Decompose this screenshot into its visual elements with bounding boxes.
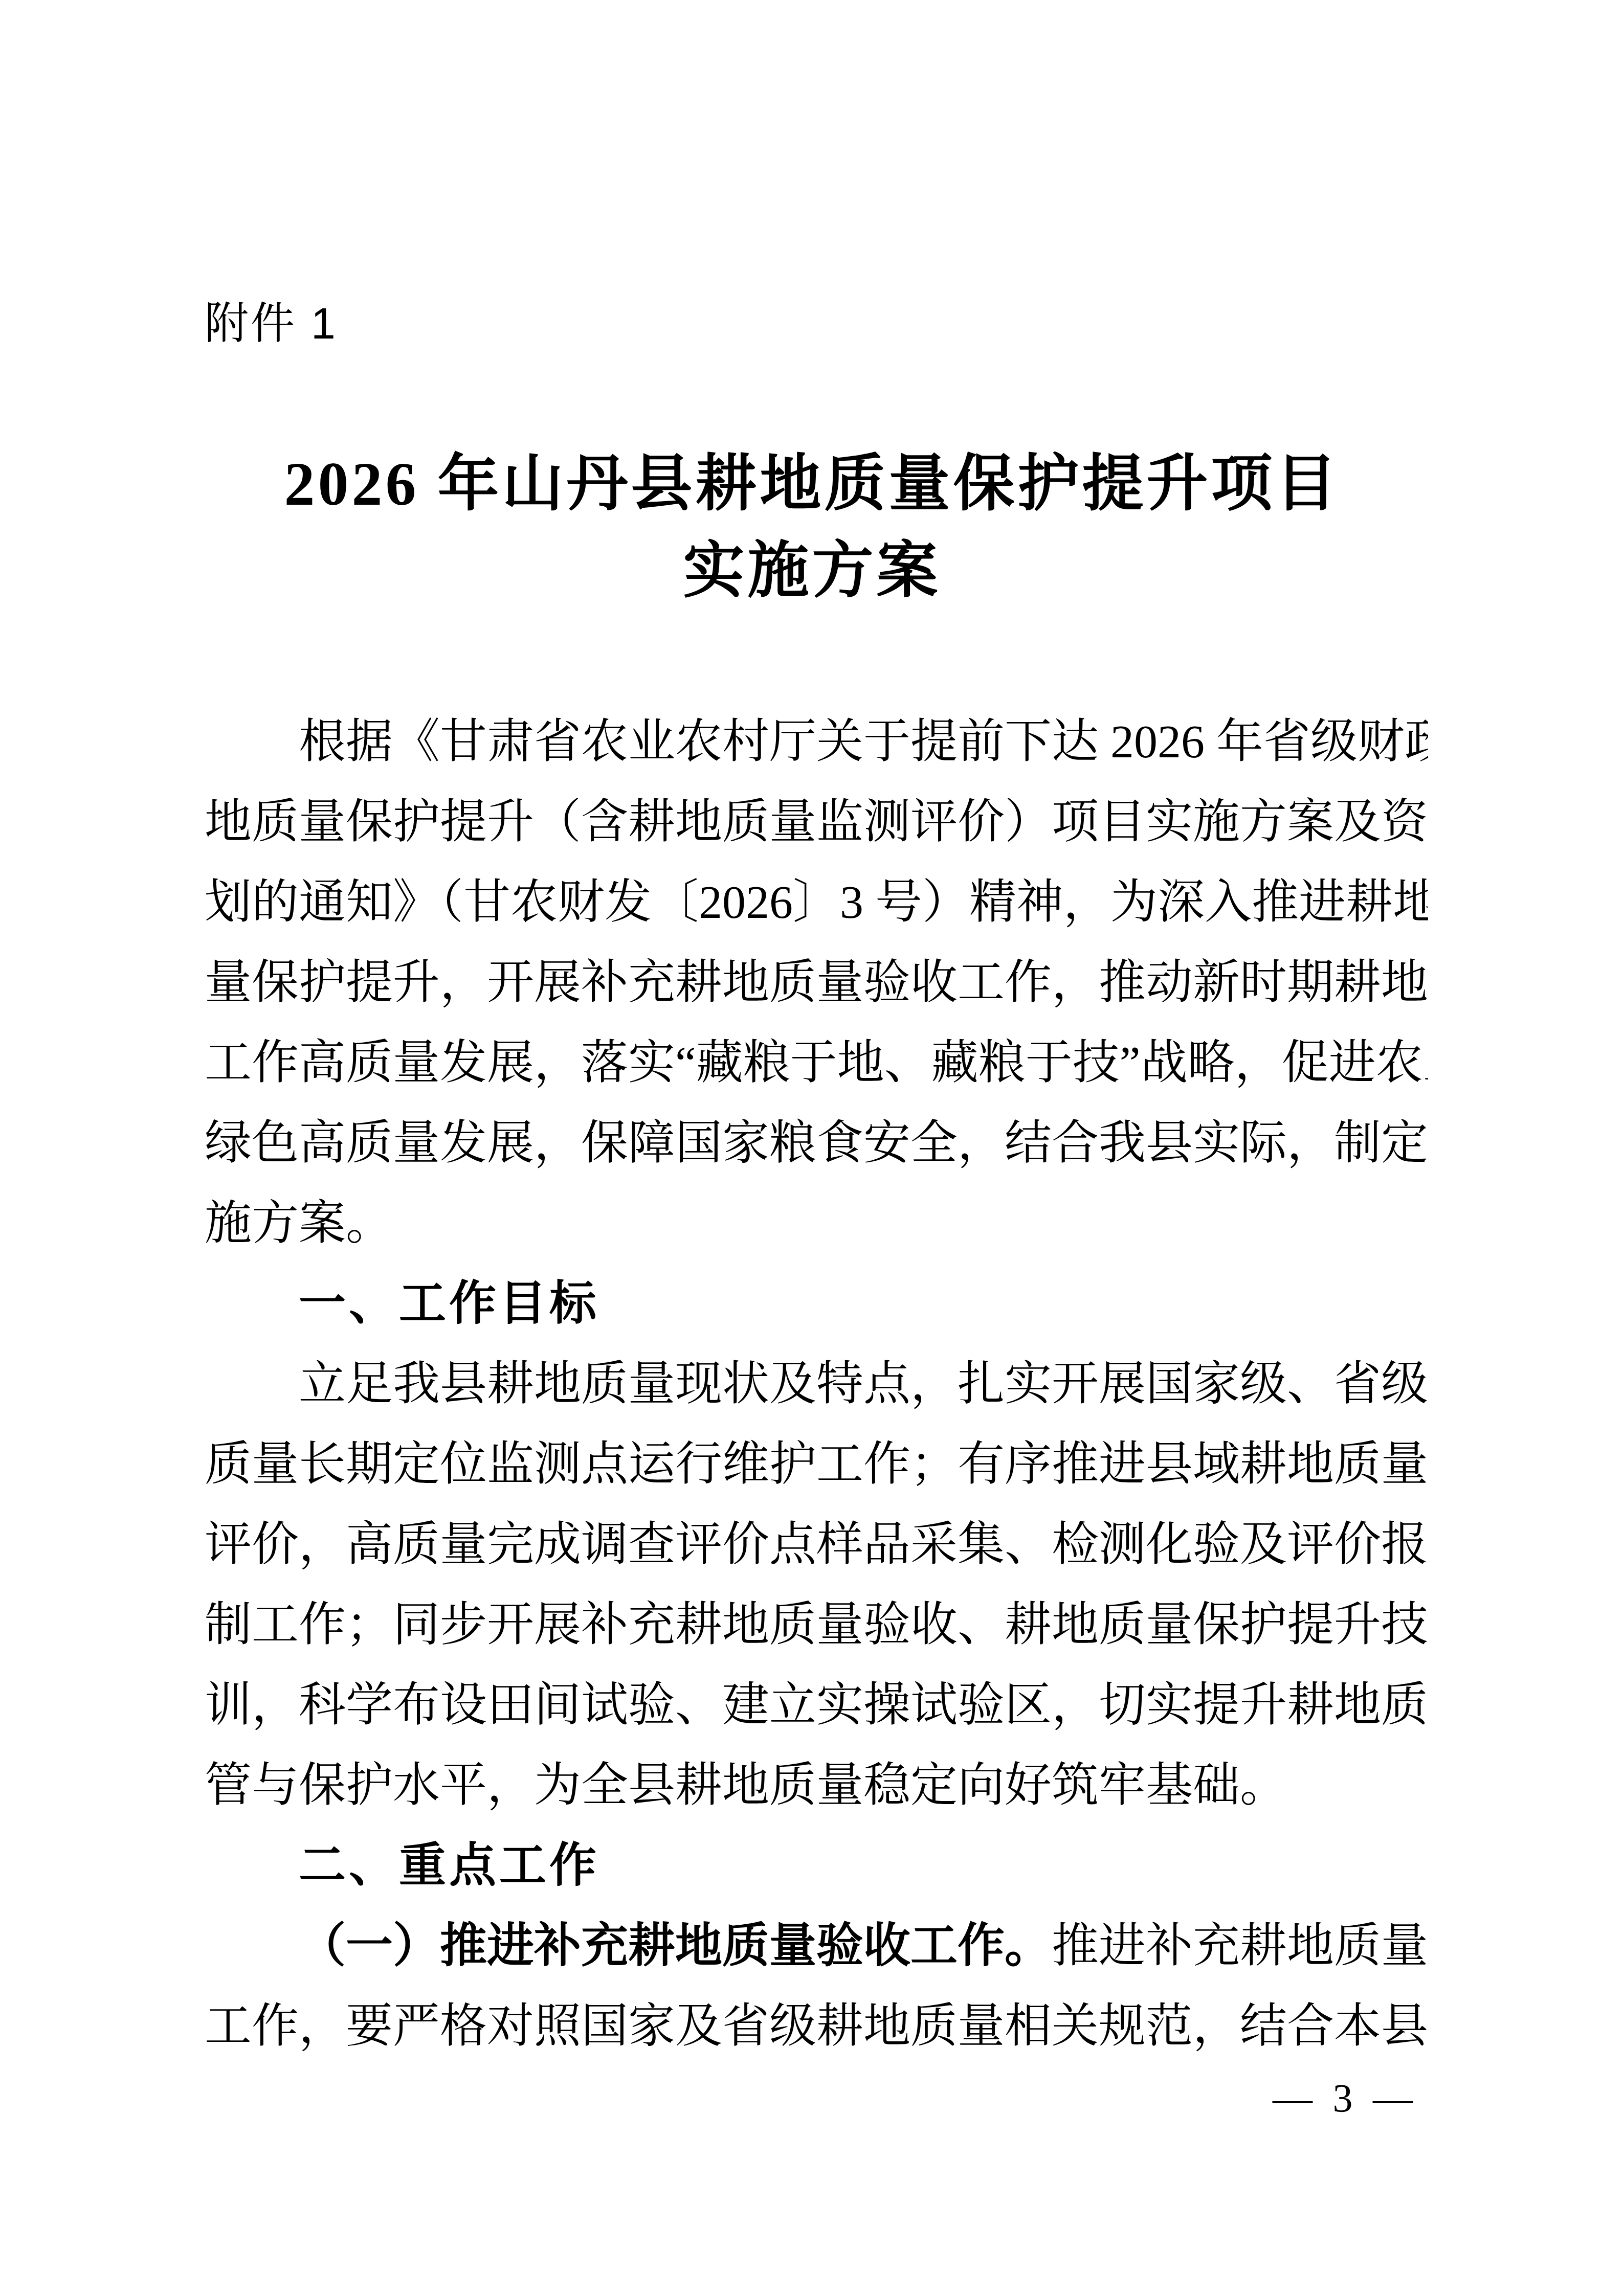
goals-line-4: 制工作；同步开展补充耕地质量验收、耕地质量保护提升技术培 (205, 1585, 1428, 1665)
title-line-2: 实施方案 (0, 528, 1624, 615)
intro-line-5: 工作高质量发展，落实“藏粮于地、藏粮于技”战略，促进农业 (205, 1023, 1428, 1103)
document-body: 根据《甘肃省农业农村厅关于提前下达 2026 年省级财政耕 地质量保护提升（含耕… (205, 702, 1428, 2066)
section-heading-work-goals: 一、工作目标 (205, 1264, 1428, 1344)
section-heading-key-work: 二、重点工作 (205, 1826, 1428, 1906)
attachment-label: 附件 1 (205, 296, 338, 352)
intro-line-7: 施方案。 (205, 1183, 1428, 1264)
intro-line-6: 绿色高质量发展，保障国家粮食安全，结合我县实际，制定本实 (205, 1103, 1428, 1183)
keywork-item1-continuation: 推进补充耕地质量验收 (1052, 1920, 1428, 1972)
page-number: — 3 — (1273, 2075, 1418, 2121)
keywork-line-2: 工作，要严格对照国家及省级耕地质量相关规范，结合本县耕地 (205, 1986, 1428, 2066)
title-line-1: 2026 年山丹县耕地质量保护提升项目 (0, 441, 1624, 528)
goals-line-1: 立足我县耕地质量现状及特点，扎实开展国家级、省级耕地 (205, 1344, 1428, 1424)
keywork-item1-bold-lead: （一）推进补充耕地质量验收工作。 (299, 1920, 1052, 1972)
goals-line-6: 管与保护水平，为全县耕地质量稳定向好筑牢基础。 (205, 1745, 1428, 1826)
goals-line-2: 质量长期定位监测点运行维护工作；有序推进县域耕地质量调查 (205, 1424, 1428, 1504)
keywork-line-1: （一）推进补充耕地质量验收工作。推进补充耕地质量验收 (205, 1906, 1428, 1986)
intro-line-4: 量保护提升，开展补充耕地质量验收工作，推动新时期耕地保护 (205, 942, 1428, 1023)
intro-line-2: 地质量保护提升（含耕地质量监测评价）项目实施方案及资金计 (205, 782, 1428, 862)
goals-line-5: 训，科学布设田间试验、建立实操试验区，切实提升耕地质量监 (205, 1665, 1428, 1745)
intro-line-1: 根据《甘肃省农业农村厅关于提前下达 2026 年省级财政耕 (205, 702, 1428, 782)
document-page: { "document": { "attachment_label": "附件 … (0, 0, 1624, 2296)
intro-line-3: 划的通知》（甘农财发〔2026〕3 号）精神，为深入推进耕地质 (205, 862, 1428, 942)
goals-line-3: 评价，高质量完成调查评价点样品采集、检测化验及评价报告编 (205, 1504, 1428, 1585)
document-title: 2026 年山丹县耕地质量保护提升项目 实施方案 (0, 441, 1624, 615)
